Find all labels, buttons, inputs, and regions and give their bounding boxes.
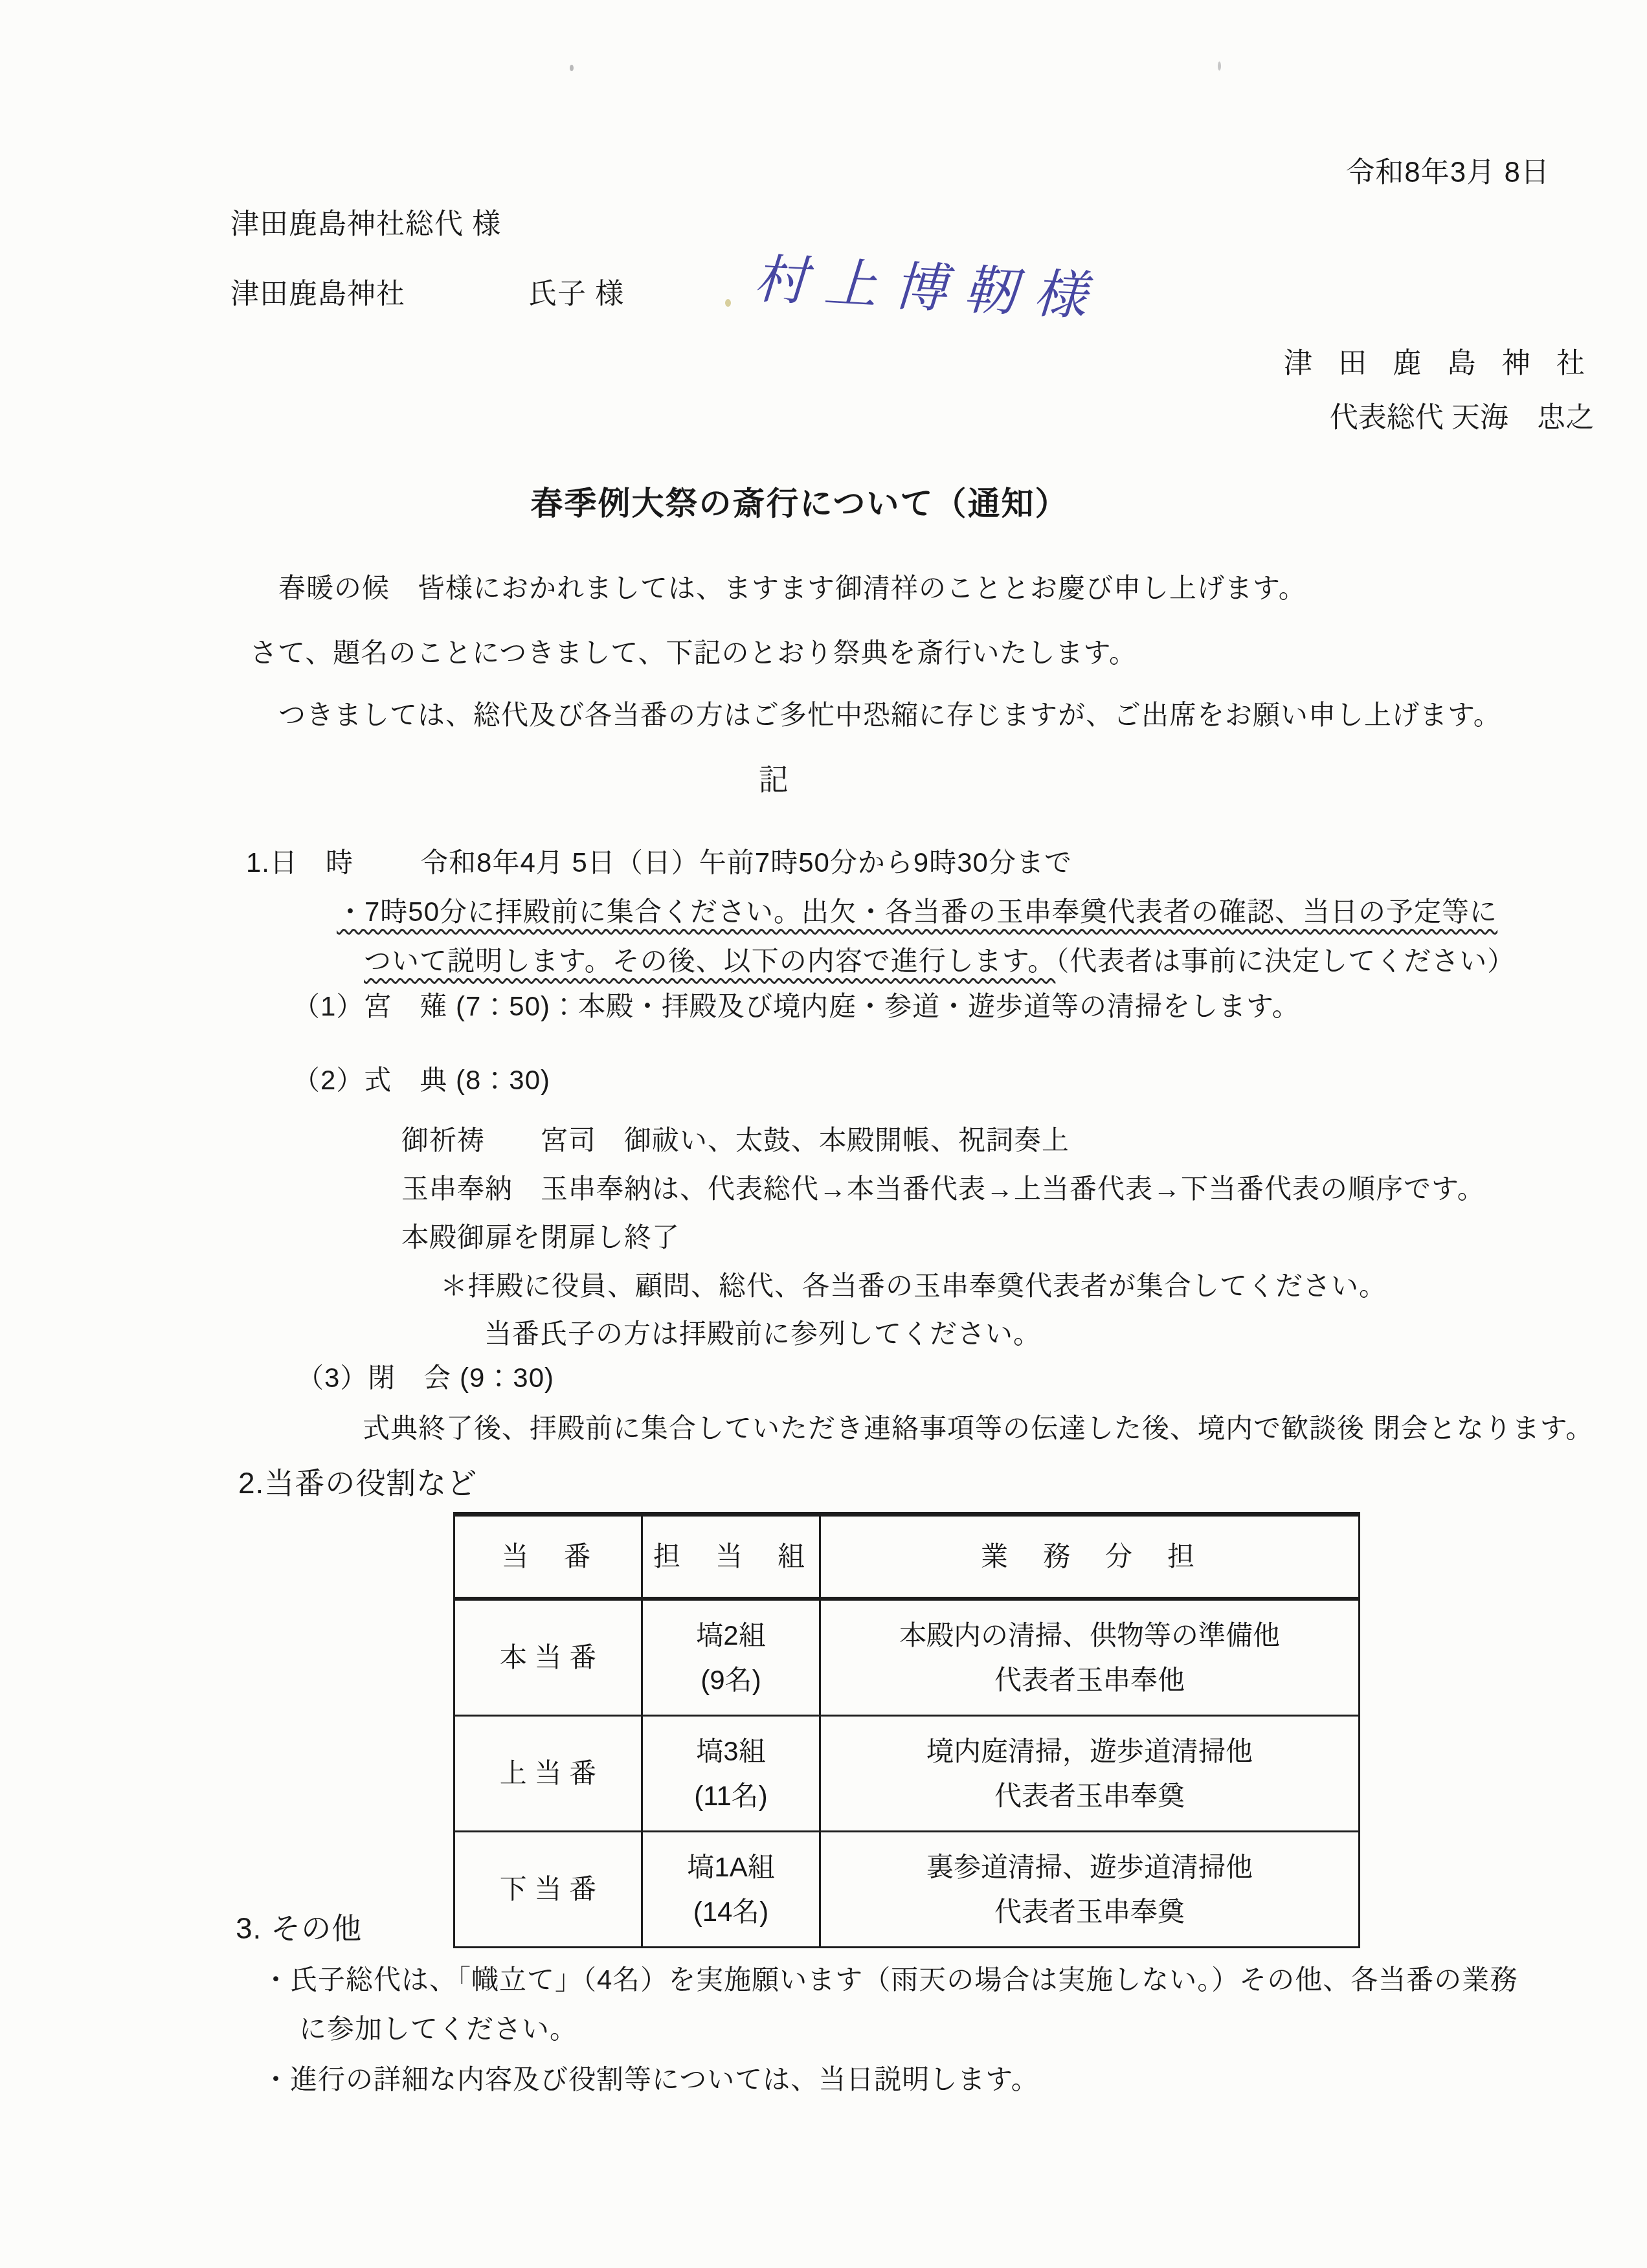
table-row: 下 当 番 塙1A組 (14名) 裏参道清掃、遊歩道清掃他 代表者玉串奉奠 — [454, 1832, 1360, 1948]
scan-speck — [725, 299, 731, 307]
group-count: (9名) — [648, 1658, 814, 1702]
greeting-paragraph-2: さて、題名のことにつきまして、下記のとおり祭典を斎行いたします。 — [250, 636, 1137, 671]
duty-cell: 下 当 番 — [454, 1832, 642, 1948]
group-name: 塙3組 — [648, 1729, 814, 1773]
section-1-note-line-2: ついて説明します。その後、以下の内容で進行します。（代表者は事前に決定してくださ… — [364, 944, 1515, 979]
table-header-row: 当 番 担 当 組 業 務 分 担 — [454, 1515, 1360, 1599]
ceremony-detail-3: 本殿御扉を閉扉し終了 — [401, 1220, 680, 1256]
ceremony-note-2: 当番氏子の方は拝殿前に参列してください。 — [484, 1317, 1041, 1352]
sender-representative: 代表総代 天海 忠之 — [1284, 391, 1594, 445]
greeting-paragraph-1: 春暖の候 皆様におかれましては、ますます御清祥のこととお慶び申し上げます。 — [278, 571, 1306, 606]
section-3-bullet-1-line-2: に参加してください。 — [299, 2012, 577, 2047]
section-1-item-1: （1）宮 薙 (7：50)：本殿・拝殿及び境内庭・参道・遊歩道等の清掃をします。 — [293, 989, 1300, 1025]
scan-speck — [1218, 61, 1221, 71]
ceremony-detail-2: 玉串奉納 玉串奉納は、代表総代→本当番代表→上当番代表→下当番代表の順序です。 — [401, 1172, 1485, 1207]
ceremony-detail-1: 御祈祷 宮司 御祓い、太鼓、本殿開帳、祝詞奏上 — [401, 1123, 1070, 1159]
section-1-note-line-1: ・7時50分に拝殿前に集合ください。出欠・各当番の玉串奉奠代表者の確認、当日の予… — [337, 895, 1497, 930]
underlined-note-text: ついて説明します。その後、以下の内容で進行します。 — [364, 946, 1055, 976]
column-header-group: 担 当 組 — [642, 1515, 820, 1599]
duty-roles-table: 当 番 担 当 組 業 務 分 担 本 当 番 塙2組 (9名) 本殿内の清掃、… — [453, 1512, 1360, 1948]
section-1-heading: 1.日 時令和8年4月 5日（日）午前7時50分から9時30分まで — [246, 845, 1072, 881]
column-header-duty: 当 番 — [454, 1515, 642, 1599]
table-row: 本 当 番 塙2組 (9名) 本殿内の清掃、供物等の準備他 代表者玉串奉他 — [454, 1599, 1360, 1716]
closing-detail: 式典終了後、拝殿前に集合していただき連絡事項等の伝達した後、境内で歓談後 閉会と… — [363, 1411, 1593, 1447]
group-count: (11名) — [648, 1773, 814, 1818]
handwritten-name: 村上博靭様 — [752, 237, 1105, 331]
addressee-2-label: 氏子 様 — [528, 278, 624, 310]
work-line: 代表者玉串奉奠 — [826, 1773, 1353, 1818]
section-3-heading: 3. その他 — [236, 1909, 362, 1948]
work-line: 代表者玉串奉他 — [826, 1658, 1353, 1702]
addressee-line-2: 津田鹿島神社氏子 様 — [230, 276, 624, 313]
work-line: 本殿内の清掃、供物等の準備他 — [826, 1613, 1353, 1658]
record-marker: 記 — [0, 756, 1547, 799]
work-line: 裏参道清掃、遊歩道清掃他 — [826, 1845, 1353, 1889]
group-name: 塙2組 — [648, 1613, 814, 1658]
column-header-work: 業 務 分 担 — [820, 1515, 1360, 1599]
addressee-1-text: 津田鹿島神社総代 様 — [230, 208, 501, 240]
section-1-number: 1.日 時 — [246, 845, 353, 881]
sender-block: 津 田 鹿 島 神 社 代表総代 天海 忠之 — [1284, 337, 1594, 445]
scan-speck — [570, 65, 574, 71]
addressee-line-1: 津田鹿島神社総代 様 — [230, 206, 501, 243]
duty-cell: 本 当 番 — [454, 1599, 642, 1716]
group-count: (14名) — [648, 1889, 814, 1934]
work-cell: 本殿内の清掃、供物等の準備他 代表者玉串奉他 — [820, 1599, 1360, 1716]
work-line: 代表者玉串奉奠 — [826, 1889, 1353, 1934]
scanned-letter-page: 令和8年3月 8日 津田鹿島神社総代 様 津田鹿島神社氏子 様 村上博靭様 津 … — [0, 0, 1647, 2268]
group-cell: 塙2組 (9名) — [642, 1599, 820, 1716]
group-cell: 塙1A組 (14名) — [642, 1832, 820, 1948]
document-date: 令和8年3月 8日 — [1346, 154, 1550, 191]
section-3-bullet-1-line-1: ・氏子総代は、「幟立て」（4名）を実施願います（雨天の場合は実施しない。）その他… — [262, 1962, 1518, 1998]
group-cell: 塙3組 (11名) — [642, 1716, 820, 1832]
section-2-heading: 2.当番の役割など — [238, 1464, 477, 1503]
section-1-datetime: 令和8年4月 5日（日）午前7時50分から9時30分まで — [421, 847, 1072, 878]
section-1-item-3-heading: （3）閉 会 (9：30) — [297, 1361, 554, 1396]
ceremony-note-1: ＊拝殿に役員、顧問、総代、各当番の玉串奉奠代表者が集合してください。 — [440, 1269, 1387, 1304]
group-name: 塙1A組 — [648, 1845, 814, 1889]
greeting-paragraph-3: つきましては、総代及び各当番の方はご多忙中恐縮に存じますが、ご出席をお願い申し上… — [278, 698, 1501, 733]
addressee-2-org: 津田鹿島神社 — [230, 278, 405, 310]
sender-organization: 津 田 鹿 島 神 社 — [1284, 337, 1594, 391]
underlined-note-text: ・7時50分に拝殿前に集合ください。出欠・各当番の玉串奉奠代表者の確認、当日の予… — [337, 896, 1497, 927]
section-3-bullet-2: ・進行の詳細な内容及び役割等については、当日説明します。 — [262, 2062, 1039, 2098]
work-line: 境内庭清掃，遊歩道清掃他 — [826, 1729, 1353, 1773]
work-cell: 境内庭清掃，遊歩道清掃他 代表者玉串奉奠 — [820, 1716, 1360, 1832]
note-parenthetical: （代表者は事前に決定してください） — [1055, 946, 1515, 976]
document-title: 春季例大祭の斎行について（通知） — [0, 478, 1599, 524]
duty-cell: 上 当 番 — [454, 1716, 642, 1832]
table-row: 上 当 番 塙3組 (11名) 境内庭清掃，遊歩道清掃他 代表者玉串奉奠 — [454, 1716, 1360, 1832]
work-cell: 裏参道清掃、遊歩道清掃他 代表者玉串奉奠 — [820, 1832, 1360, 1948]
section-1-item-2-heading: （2）式 典 (8：30) — [293, 1063, 550, 1098]
